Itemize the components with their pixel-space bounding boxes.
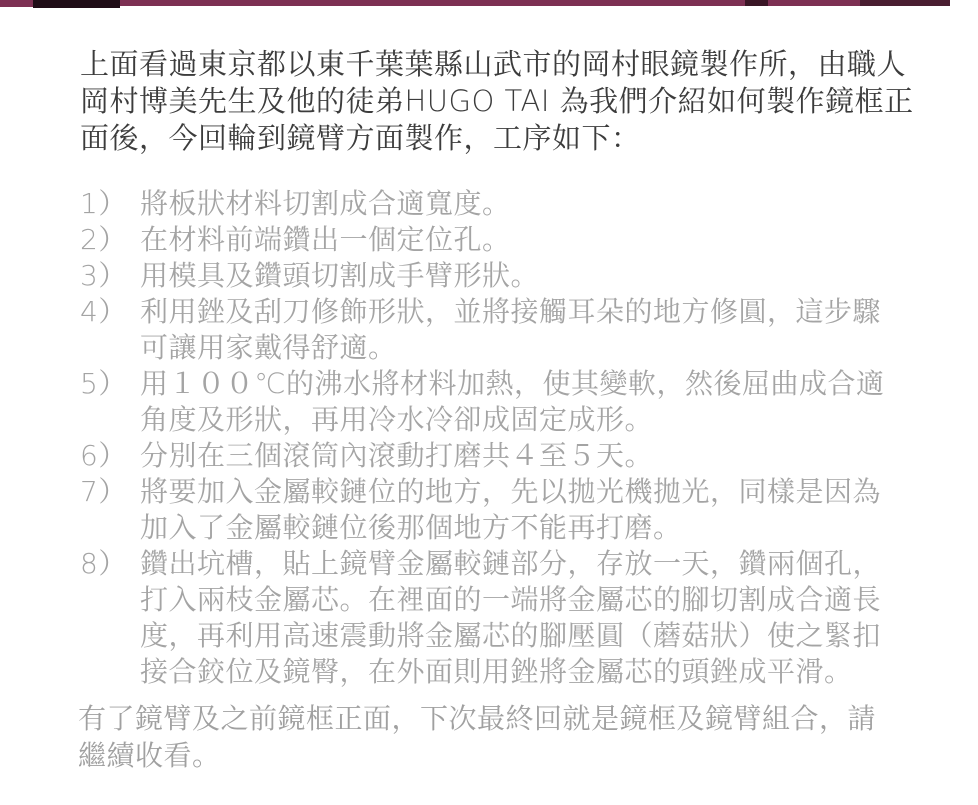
top-image-strip-segment bbox=[745, 0, 768, 6]
step-number: 6） bbox=[80, 438, 140, 474]
step-number: 8） bbox=[80, 546, 140, 582]
article-page: 上面看過東京都以東千葉葉縣山武市的岡村眼鏡製作所，由職人 岡村博美先生及他的徒弟… bbox=[0, 0, 978, 805]
top-image-strip-segment bbox=[860, 0, 950, 6]
top-image-strip-segment bbox=[0, 0, 33, 7]
step-number: 7） bbox=[80, 474, 140, 510]
top-image-strip-segment bbox=[33, 0, 120, 8]
step-text: 利用銼及刮刀修飾形狀，並將接觸耳朵的地方修圓，這步驟 可讓用家戴得舒適。 bbox=[140, 294, 960, 366]
step-text: 鑽出坑槽，貼上鏡臂金屬較鏈部分，存放一天，鑽兩個孔， 打入兩枝金屬芯。在裡面的一… bbox=[140, 546, 960, 690]
step-number: 4） bbox=[80, 294, 140, 330]
step-item: 2）在材料前端鑽出一個定位孔。 bbox=[80, 222, 960, 258]
top-image-strip-segment bbox=[120, 0, 745, 6]
step-text: 用１００℃的沸水將材料加熱，使其變軟，然後屈曲成合適 角度及形狀，再用冷水冷卻成… bbox=[140, 366, 960, 438]
step-number: 5） bbox=[80, 366, 140, 402]
step-item: 5）用１００℃的沸水將材料加熱，使其變軟，然後屈曲成合適 角度及形狀，再用冷水冷… bbox=[80, 366, 960, 438]
closing-paragraph: 有了鏡臂及之前鏡框正面，下次最終回就是鏡框及鏡臂組合，請 繼續收看。 bbox=[78, 700, 958, 774]
step-number: 2） bbox=[80, 222, 140, 258]
intro-paragraph: 上面看過東京都以東千葉葉縣山武市的岡村眼鏡製作所，由職人 岡村博美先生及他的徒弟… bbox=[80, 46, 940, 157]
step-item: 6）分別在三個滾筒內滾動打磨共４至５天。 bbox=[80, 438, 960, 474]
step-text: 在材料前端鑽出一個定位孔。 bbox=[140, 222, 960, 258]
step-text: 將板狀材料切割成合適寬度。 bbox=[140, 186, 960, 222]
step-item: 4）利用銼及刮刀修飾形狀，並將接觸耳朵的地方修圓，這步驟 可讓用家戴得舒適。 bbox=[80, 294, 960, 366]
step-item: 1）將板狀材料切割成合適寬度。 bbox=[80, 186, 960, 222]
step-text: 將要加入金屬較鏈位的地方，先以拋光機拋光，同樣是因為 加入了金屬較鏈位後那個地方… bbox=[140, 474, 960, 546]
step-number: 1） bbox=[80, 186, 140, 222]
step-item: 3）用模具及鑽頭切割成手臂形狀。 bbox=[80, 258, 960, 294]
top-image-strip bbox=[0, 0, 978, 9]
top-image-strip-segment bbox=[768, 0, 860, 6]
step-text: 分別在三個滾筒內滾動打磨共４至５天。 bbox=[140, 438, 960, 474]
step-text: 用模具及鑽頭切割成手臂形狀。 bbox=[140, 258, 960, 294]
steps-list: 1）將板狀材料切割成合適寬度。2）在材料前端鑽出一個定位孔。3）用模具及鑽頭切割… bbox=[80, 186, 960, 690]
step-item: 7）將要加入金屬較鏈位的地方，先以拋光機拋光，同樣是因為 加入了金屬較鏈位後那個… bbox=[80, 474, 960, 546]
step-number: 3） bbox=[80, 258, 140, 294]
step-item: 8）鑽出坑槽，貼上鏡臂金屬較鏈部分，存放一天，鑽兩個孔， 打入兩枝金屬芯。在裡面… bbox=[80, 546, 960, 690]
